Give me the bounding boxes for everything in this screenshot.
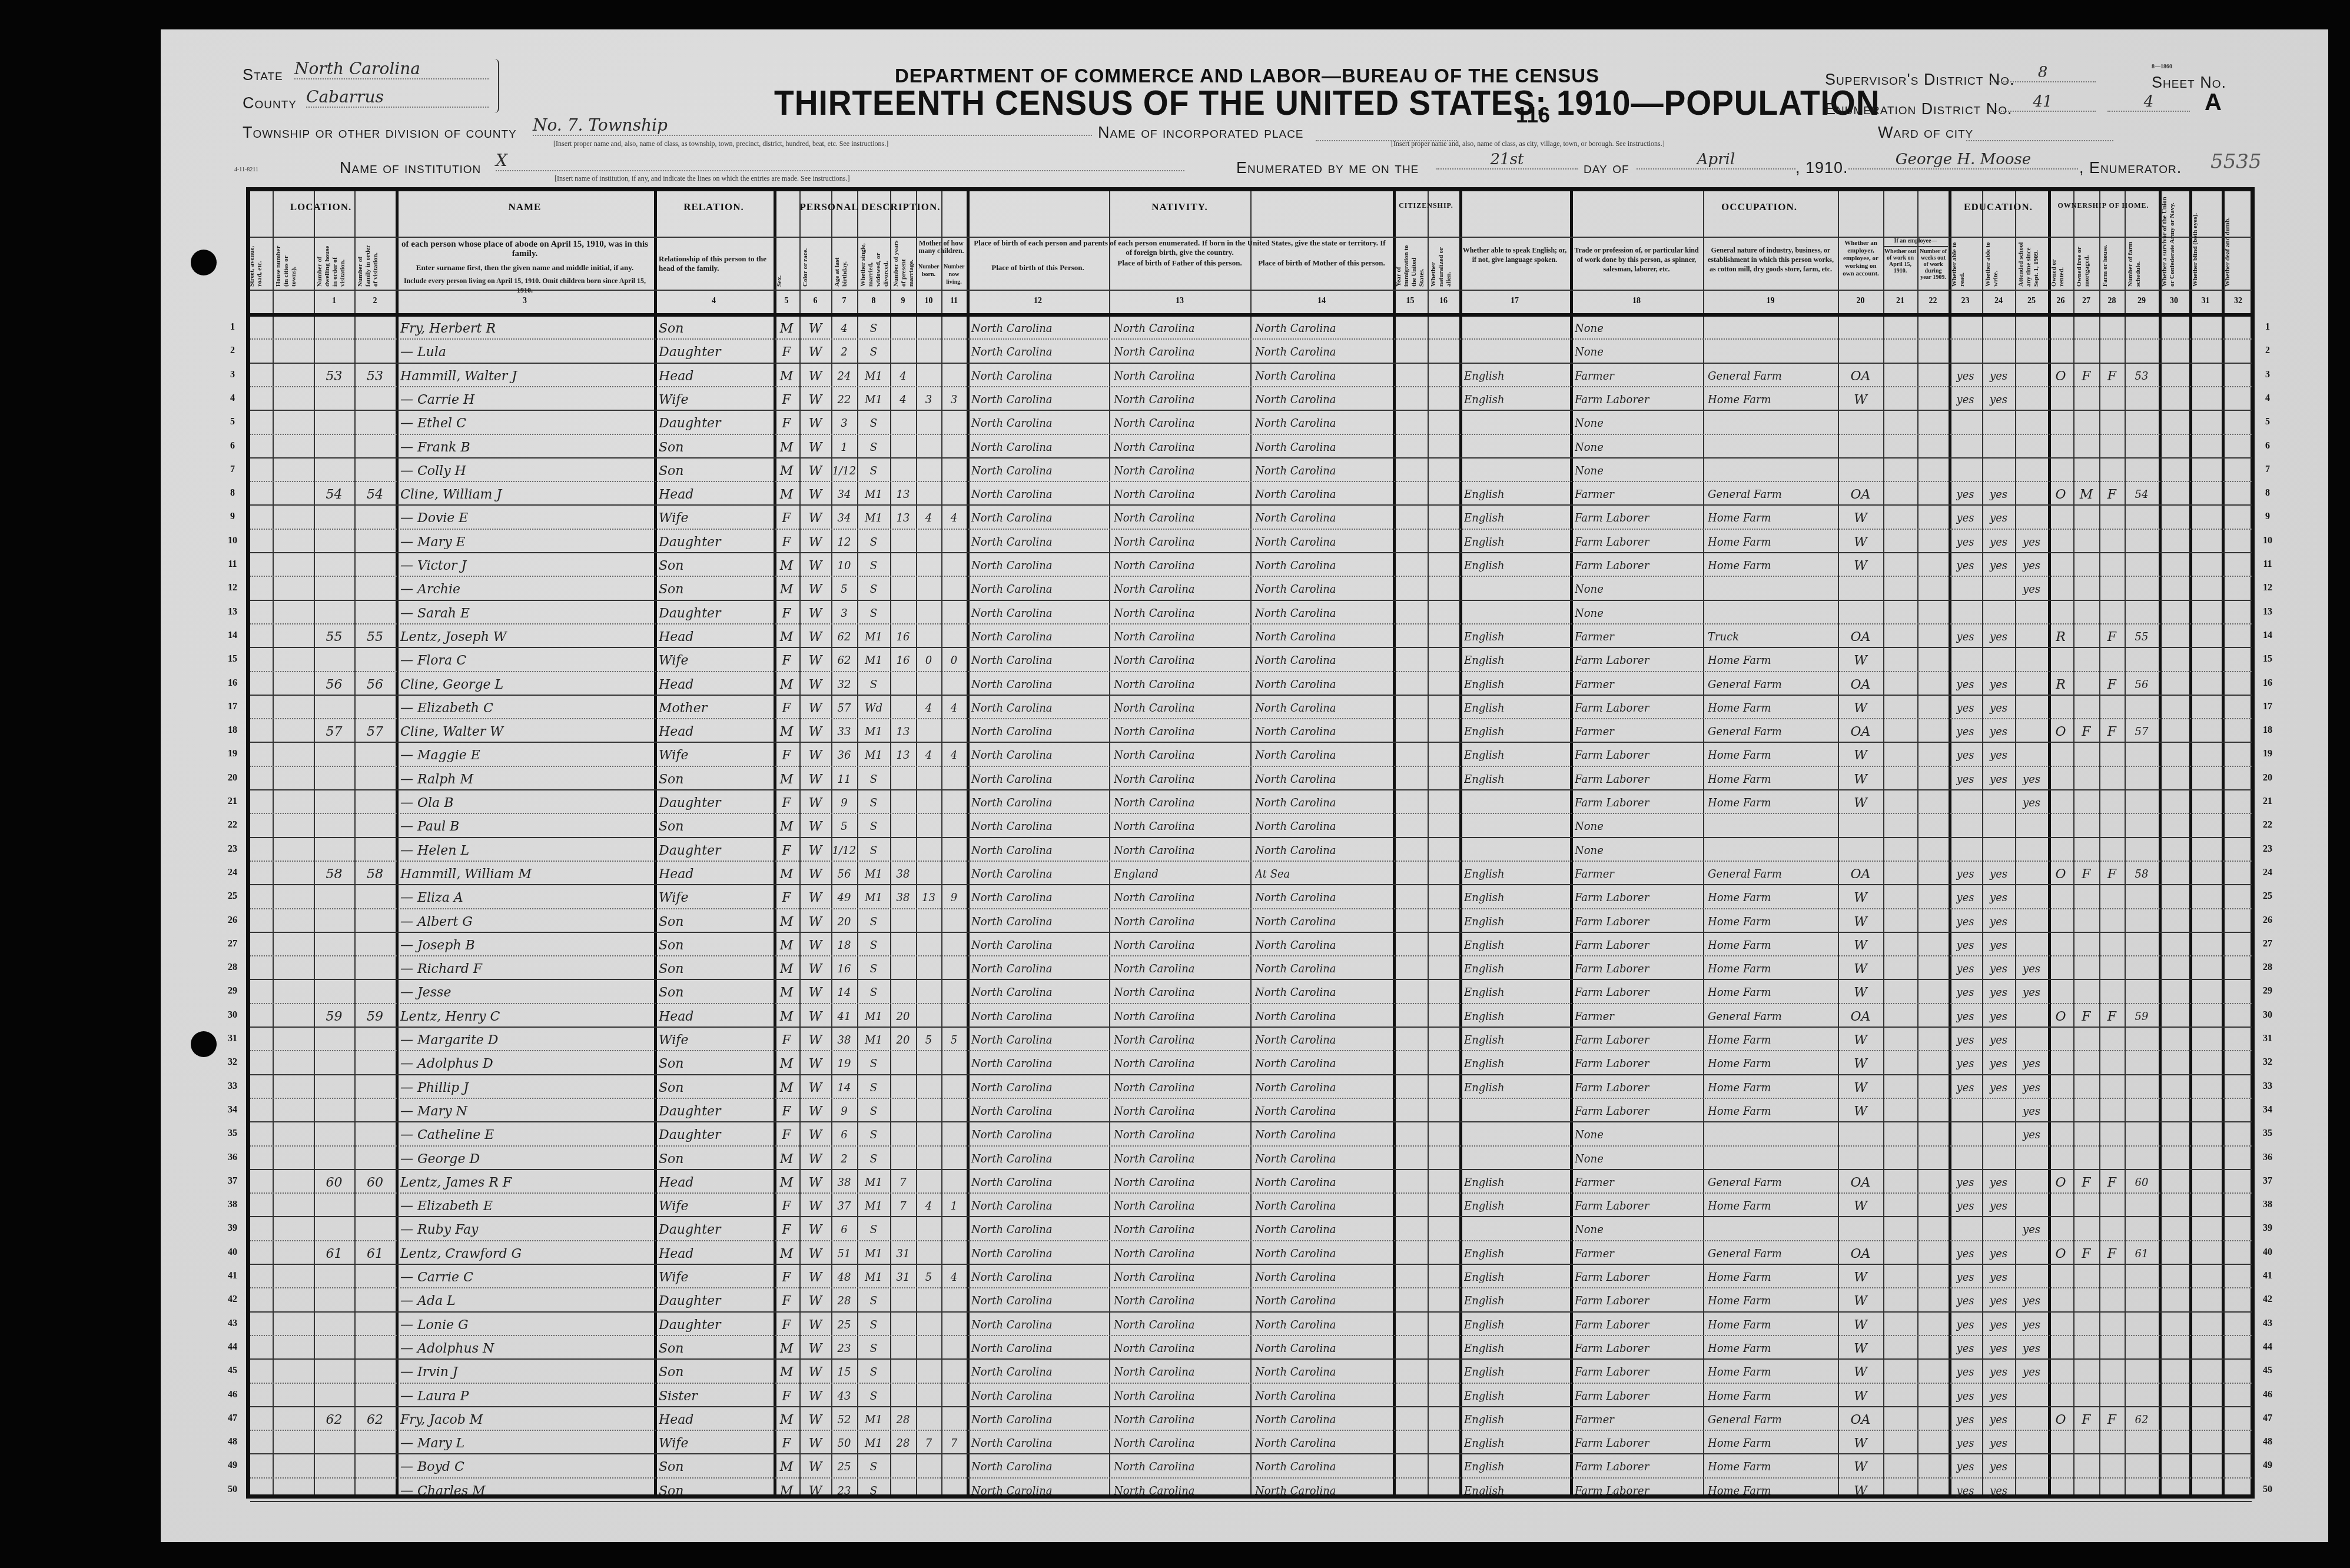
cell-sex: M [774,956,799,980]
cell-bp: North Carolina [971,1313,1108,1336]
line-number: 3 [2259,370,2276,380]
cell-age: 4 [831,316,857,340]
cell-school [2015,1194,2048,1217]
cell-color: W [799,316,831,340]
line-number: 26 [2259,915,2276,926]
cell-school: yes [2015,1360,2048,1383]
cell-write [1982,838,2015,862]
cell-industry: Home Farm [1708,1051,1837,1075]
cell-industry: Home Farm [1708,387,1837,411]
header-sex: Sex. [776,240,797,287]
cell-trade: Farmer [1575,482,1702,506]
cell-trade: None [1575,814,1702,838]
cell-fh [2099,980,2125,1004]
column-number: 4 [654,297,774,306]
cell-bp: North Carolina [971,980,1108,1004]
cell-bm: North Carolina [1255,316,1392,340]
cell-living [941,719,967,743]
cell-bf: North Carolina [1114,1407,1249,1431]
cell-bm: North Carolina [1255,909,1392,933]
cell-trade: Farm Laborer [1575,1075,1702,1099]
cell-name: — Lula [400,340,653,363]
cell-read: yes [1949,909,1982,933]
cell-dwelling [314,1360,354,1383]
cell-age: 14 [831,1075,857,1099]
cell-read: yes [1949,1431,1982,1454]
table-row: — Mary EDaughterFW12SNorth CarolinaNorth… [250,530,2252,553]
name-header-line1: of each person whose place of abode on A… [401,240,648,258]
cell-industry: Home Farm [1708,1075,1837,1099]
cell-lang [1464,601,1569,624]
cell-industry: General Farm [1708,672,1837,696]
cell-own [2048,387,2073,411]
column-number: 18 [1570,297,1703,306]
cell-trade: Farm Laborer [1575,885,1702,909]
cell-born: 5 [916,1265,941,1288]
cell-sex: F [774,696,799,719]
cell-emp [1838,1122,1883,1146]
cell-write [1982,1122,2015,1146]
cell-dwelling [314,553,354,577]
cell-relation: Son [659,1075,772,1099]
column-number: 25 [2015,297,2048,306]
cell-marital: S [857,1217,890,1241]
cell-bm: North Carolina [1255,1407,1392,1431]
cell-fh: F [2099,364,2125,387]
cell-industry: Home Farm [1708,1028,1837,1051]
cell-trade: None [1575,411,1702,434]
cell-free [2073,1336,2099,1360]
line-number: 31 [224,1034,241,1044]
cell-marital: S [857,1122,890,1146]
cell-fh [2099,814,2125,838]
cell-marital: S [857,1075,890,1099]
cell-yrs: 16 [890,624,916,648]
cell-relation: Son [659,1147,772,1170]
cell-industry: Home Farm [1708,1454,1837,1478]
cell-fh [2099,1122,2125,1146]
cell-industry [1708,1147,1837,1170]
birth-mother-header: Place of birth of Mother of this person. [1253,258,1390,268]
cell-name: — Boyd C [400,1454,653,1478]
line-number: 6 [2259,441,2276,451]
cell-name: — Colly H [400,459,653,482]
cell-own: O [2048,1004,2073,1028]
cell-own: O [2048,364,2073,387]
cell-read: yes [1949,553,1982,577]
cell-born [916,1170,941,1194]
cell-born [916,1217,941,1241]
cell-school [2015,411,2048,434]
cell-sex: M [774,1454,799,1478]
cell-school [2015,933,2048,956]
cell-school [2015,482,2048,506]
cell-dwelling [314,933,354,956]
cell-read [1949,790,1982,814]
cell-bm: North Carolina [1255,956,1392,980]
cell-industry: Home Farm [1708,1194,1837,1217]
cell-emp: W [1838,530,1883,553]
header-read: Whether able to read. [1951,240,1980,287]
cell-write: yes [1982,933,2015,956]
column-group-occupation: OCCUPATION. [1570,201,1949,213]
cell-family [354,601,396,624]
cell-own [2048,1147,2073,1170]
cell-marital: S [857,340,890,363]
cell-free [2073,1099,2099,1122]
table-row: — Lonie GDaughterFW25SNorth CarolinaNort… [250,1313,2252,1336]
cell-bp: North Carolina [971,506,1108,529]
cell-industry [1708,411,1837,434]
cell-bm: North Carolina [1255,435,1392,459]
cell-school: yes [2015,767,2048,790]
cell-living: 4 [941,743,967,766]
cell-lang: English [1464,1454,1569,1478]
cell-sched [2125,553,2159,577]
cell-yrs: 31 [890,1241,916,1265]
cell-bf: North Carolina [1114,1479,1249,1502]
cell-free [2073,553,2099,577]
table-row: — Ruby FayDaughterFW6SNorth CarolinaNort… [250,1217,2252,1241]
cell-marital: M1 [857,482,890,506]
column-number: 27 [2073,297,2099,306]
cell-living [941,624,967,648]
cell-sex: F [774,340,799,363]
cell-free [2073,885,2099,909]
header-school: Attended school any time since Sept. 1, … [2017,240,2046,287]
cell-trade: Farmer [1575,1407,1702,1431]
cell-sex: M [774,1170,799,1194]
cell-relation: Daughter [659,1313,772,1336]
cell-sex: M [774,1241,799,1265]
table-row: 6060Lentz, James R FHeadMW38M17North Car… [250,1170,2252,1194]
cell-own [2048,530,2073,553]
cell-sex: M [774,980,799,1004]
cell-school [2015,387,2048,411]
line-number: 38 [2259,1200,2276,1210]
cell-sex: F [774,1194,799,1217]
cell-bm: North Carolina [1255,743,1392,766]
cell-lang: English [1464,1360,1569,1383]
cell-age: 38 [831,1028,857,1051]
birth-father-header: Place of birth of Father of this person. [1112,258,1247,268]
cell-sched [2125,1384,2159,1407]
cell-sex: F [774,1028,799,1051]
cell-age: 1/12 [831,459,857,482]
line-number: 21 [2259,796,2276,807]
cell-read: yes [1949,1004,1982,1028]
township-label: Township or other division of county [243,124,517,142]
cell-living [941,1360,967,1383]
line-number: 47 [224,1413,241,1424]
cell-name: Cline, Walter W [400,719,653,743]
cell-lang: English [1464,364,1569,387]
cell-dwelling [314,1075,354,1099]
cell-relation: Son [659,1454,772,1478]
cell-marital: S [857,435,890,459]
cell-relation: Son [659,909,772,933]
cell-read: yes [1949,885,1982,909]
cell-marital: M1 [857,1194,890,1217]
cell-living [941,1336,967,1360]
cell-industry: Home Farm [1708,553,1837,577]
cell-trade: Farm Laborer [1575,696,1702,719]
state-label: State [243,66,283,84]
cell-dwelling [314,1454,354,1478]
cell-marital: M1 [857,364,890,387]
cell-industry: Home Farm [1708,1336,1837,1360]
cell-free: F [2073,364,2099,387]
cell-color: W [799,530,831,553]
table-row: — Ola BDaughterFW9SNorth CarolinaNorth C… [250,790,2252,814]
cell-marital: S [857,577,890,600]
cell-write: yes [1982,1479,2015,1502]
year-label: , 1910. [1795,159,1848,177]
cell-emp: W [1838,1431,1883,1454]
cell-sched: 60 [2125,1170,2159,1194]
cell-school [2015,909,2048,933]
cell-trade: Farm Laborer [1575,980,1702,1004]
cell-lang: English [1464,506,1569,529]
cell-own [2048,1028,2073,1051]
cell-age: 5 [831,814,857,838]
table-row: 5959Lentz, Henry CHeadMW41M120North Caro… [250,1004,2252,1028]
cell-age: 23 [831,1479,857,1502]
cell-bm: North Carolina [1255,624,1392,648]
cell-emp [1838,838,1883,862]
cell-free [2073,1288,2099,1312]
cell-relation: Daughter [659,838,772,862]
cell-industry: Home Farm [1708,1431,1837,1454]
column-number: 21 [1883,297,1917,306]
cell-industry: General Farm [1708,719,1837,743]
cell-sex: M [774,364,799,387]
cell-sched [2125,885,2159,909]
line-number: 13 [224,607,241,617]
cell-bp: North Carolina [971,1147,1108,1170]
cell-relation: Wife [659,648,772,672]
cell-industry: Home Farm [1708,933,1837,956]
cell-sex: F [774,648,799,672]
cell-living [941,435,967,459]
cell-age: 1/12 [831,838,857,862]
cell-bp: North Carolina [971,862,1108,885]
cell-sched: 59 [2125,1004,2159,1028]
cell-free [2073,1313,2099,1336]
cell-bf: North Carolina [1114,1454,1249,1478]
table-row: 5757Cline, Walter WHeadMW33M113North Car… [250,719,2252,743]
cell-industry [1708,1122,1837,1146]
cell-read [1949,577,1982,600]
line-number: 40 [224,1247,241,1258]
cell-own: O [2048,719,2073,743]
cell-lang: English [1464,1265,1569,1288]
cell-family [354,1454,396,1478]
cell-born [916,1099,941,1122]
cell-dwelling [314,1147,354,1170]
cell-emp: OA [1838,1241,1883,1265]
column-number: 22 [1917,297,1949,306]
cell-yrs [890,1336,916,1360]
line-number: 23 [224,844,241,855]
cell-name: — Archie [400,577,653,600]
cell-color: W [799,933,831,956]
cell-yrs [890,696,916,719]
table-row: 5858Hammill, William MHeadMW56M138North … [250,862,2252,885]
column-group-nativity: NATIVITY. [967,201,1393,213]
cell-sex: F [774,1217,799,1241]
line-number: 41 [2259,1271,2276,1281]
cell-name: Lentz, Henry C [400,1004,653,1028]
cell-living: 4 [941,696,967,719]
cell-write: yes [1982,956,2015,980]
table-row: 6262Fry, Jacob MHeadMW52M128North Caroli… [250,1407,2252,1431]
table-row: — Elizabeth CMotherFW57Wd44North Carolin… [250,696,2252,719]
cell-color: W [799,387,831,411]
cell-bm: North Carolina [1255,1217,1392,1241]
cell-living [941,340,967,363]
cell-relation: Son [659,933,772,956]
cell-dwelling [314,1431,354,1454]
cell-age: 51 [831,1241,857,1265]
column-number: 10 [916,297,941,306]
cell-bm: North Carolina [1255,885,1392,909]
cell-free [2073,933,2099,956]
cell-age: 34 [831,506,857,529]
cell-marital: S [857,1384,890,1407]
line-number: 15 [2259,654,2276,665]
cell-read: yes [1949,387,1982,411]
cell-emp: W [1838,743,1883,766]
cell-marital: M1 [857,1431,890,1454]
cell-trade: None [1575,1147,1702,1170]
cell-relation: Daughter [659,1288,772,1312]
cell-yrs [890,790,916,814]
cell-industry: Home Farm [1708,980,1837,1004]
cell-school [2015,506,2048,529]
cell-yrs: 28 [890,1407,916,1431]
cell-name: — Catheline E [400,1122,653,1146]
line-number: 20 [224,773,241,783]
cell-write [1982,601,2015,624]
cell-sched [2125,933,2159,956]
cell-relation: Son [659,577,772,600]
cell-color: W [799,506,831,529]
table-row: — Catheline EDaughterFW6SNorth CarolinaN… [250,1122,2252,1146]
cell-name: — Frank B [400,435,653,459]
cell-name: — Irvin J [400,1360,653,1383]
cell-bm: North Carolina [1255,648,1392,672]
cell-born [916,672,941,696]
cell-marital: S [857,1479,890,1502]
cell-bp: North Carolina [971,1170,1108,1194]
line-number: 13 [2259,607,2276,617]
cell-school [2015,648,2048,672]
cell-lang: English [1464,933,1569,956]
cell-lang: English [1464,767,1569,790]
cell-color: W [799,1147,831,1170]
cell-emp: W [1838,387,1883,411]
cell-school [2015,340,2048,363]
cell-marital: M1 [857,743,890,766]
cell-emp [1838,411,1883,434]
cell-sched: 62 [2125,1407,2159,1431]
cell-trade: None [1575,316,1702,340]
column-number: 1 [314,297,354,306]
cell-bp: North Carolina [971,387,1108,411]
column-number: 20 [1838,297,1883,306]
cell-lang [1464,1122,1569,1146]
cell-bf: North Carolina [1114,909,1249,933]
cell-relation: Mother [659,696,772,719]
cell-bm: North Carolina [1255,696,1392,719]
employer-header: Whether an employer, employee, or workin… [1839,240,1883,278]
cell-sched [2125,743,2159,766]
line-number: 39 [2259,1223,2276,1234]
cell-color: W [799,767,831,790]
cell-relation: Head [659,1241,772,1265]
cell-sched [2125,1194,2159,1217]
cell-living [941,790,967,814]
cell-sched [2125,340,2159,363]
cell-fh [2099,1360,2125,1383]
cell-born: 0 [916,648,941,672]
state-value: North Carolina [294,59,489,79]
cell-write: yes [1982,1241,2015,1265]
cell-age: 9 [831,1099,857,1122]
line-number: 35 [224,1128,241,1139]
cell-lang [1464,435,1569,459]
cell-trade: None [1575,1217,1702,1241]
line-number: 19 [2259,749,2276,759]
cell-lang: English [1464,648,1569,672]
cell-born [916,1479,941,1502]
cell-living [941,672,967,696]
cell-bp: North Carolina [971,482,1108,506]
table-row: — Joseph BSonMW18SNorth CarolinaNorth Ca… [250,933,2252,956]
column-number: 11 [941,297,967,306]
table-row: — Charles MSonMW23SNorth CarolinaNorth C… [250,1479,2252,1502]
cell-write: yes [1982,1431,2015,1454]
cell-bm: North Carolina [1255,387,1392,411]
cell-dwelling: 53 [314,364,354,387]
cell-write [1982,1147,2015,1170]
cell-sex: F [774,601,799,624]
cell-living [941,459,967,482]
line-number: 44 [2259,1342,2276,1353]
cell-yrs: 13 [890,743,916,766]
census-title: THIRTEENTH CENSUS OF THE UNITED STATES: … [774,82,1880,123]
cell-born [916,364,941,387]
cell-born [916,909,941,933]
cell-read: yes [1949,696,1982,719]
cell-bp: North Carolina [971,1004,1108,1028]
print-code: 4-11-8211 [234,167,258,173]
cell-bm: North Carolina [1255,1384,1392,1407]
cell-color: W [799,1336,831,1360]
cell-living: 4 [941,1265,967,1288]
cell-sex: F [774,743,799,766]
cell-sched [2125,696,2159,719]
line-number: 49 [224,1460,241,1471]
cell-free: F [2073,1004,2099,1028]
header-immigration-year: Year of immigration to the United States… [1395,240,1425,287]
cell-age: 12 [831,530,857,553]
cell-sex: M [774,909,799,933]
cell-write [1982,577,2015,600]
cell-read: yes [1949,530,1982,553]
cell-age: 6 [831,1122,857,1146]
